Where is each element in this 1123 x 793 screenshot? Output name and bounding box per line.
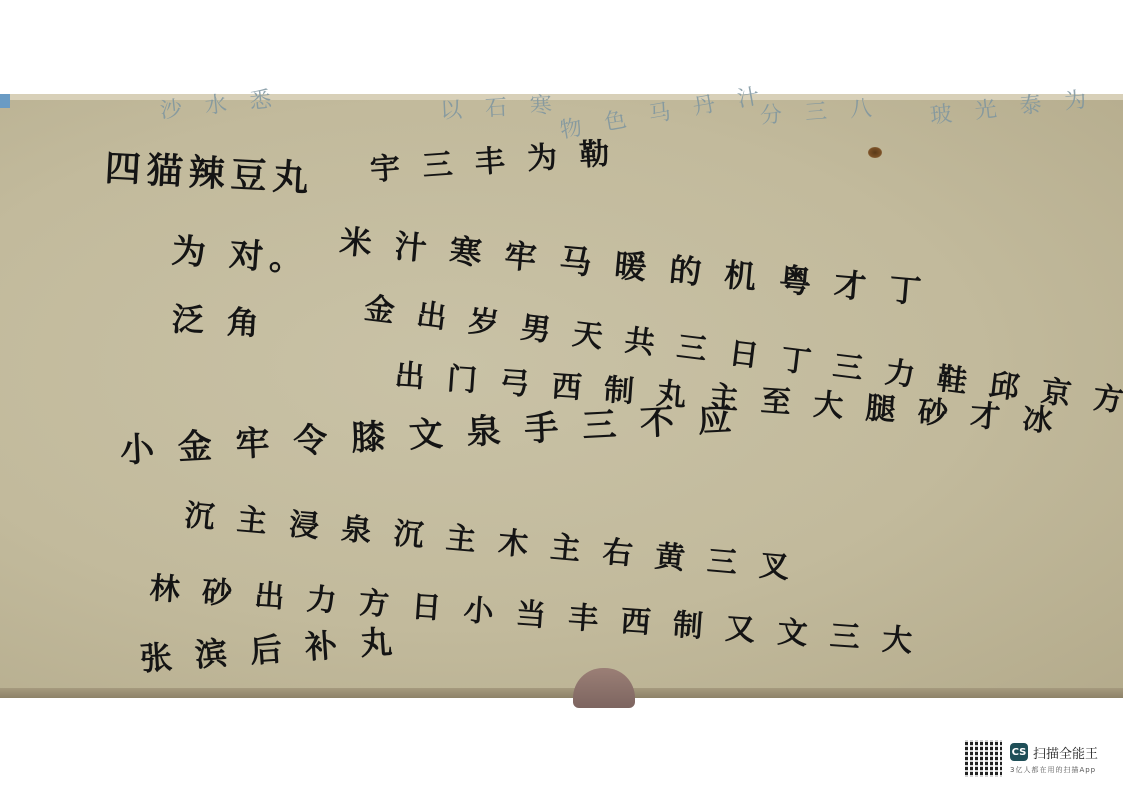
ink-stain — [868, 147, 882, 158]
manuscript-line: 泛 角 — [171, 294, 266, 345]
pencil-note: 以 石 寒 — [439, 88, 560, 125]
app-tagline: 3亿人都在用的扫描App — [1010, 765, 1098, 775]
background-corner — [0, 94, 10, 108]
qr-code-icon — [965, 740, 1002, 777]
manuscript-line: 四猫辣豆丸 — [104, 140, 316, 202]
scanner-watermark: CS 扫描全能王 3亿人都在用的扫描App — [965, 740, 1098, 777]
camscanner-logo-icon: CS — [1010, 743, 1028, 761]
app-name: 扫描全能王 — [1033, 743, 1098, 762]
manuscript-line: 为 对。 — [170, 223, 311, 281]
